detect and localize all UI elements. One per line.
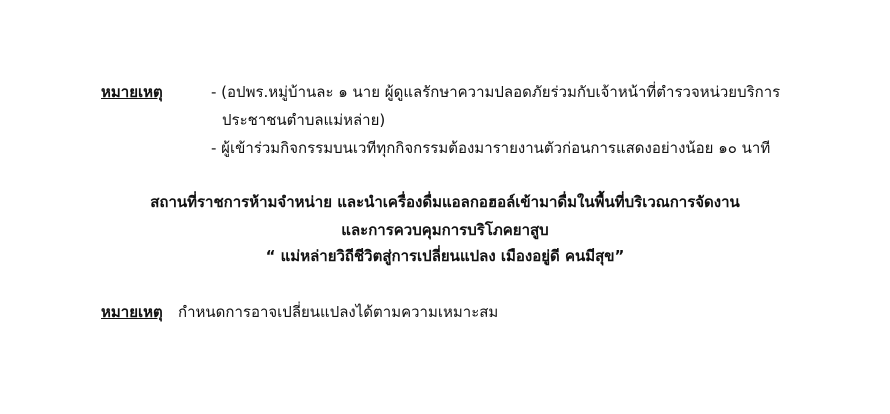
remark-item-1-line-2: ประชาชนตำบลแม่หล่าย) bbox=[222, 110, 385, 130]
heading-line-3: “ แม่หล่ายวิถีชีวิตสู่การเปลี่ยนแปลง เมื… bbox=[0, 246, 890, 266]
remark-text-2: กำหนดการอาจเปลี่ยนแปลงได้ตามความเหมาะสม bbox=[178, 302, 498, 322]
remark-label: หมายเหตุ bbox=[101, 82, 163, 102]
remark-label-2: หมายเหตุ bbox=[101, 302, 163, 322]
heading-line-2: และการควบคุมการบริโภคยาสูบ bbox=[0, 220, 890, 240]
remark-item-1-line-1: - (อปพร.หมู่บ้านละ ๑ นาย ผู้ดูแลรักษาควา… bbox=[211, 82, 780, 102]
heading-line-1: สถานที่ราชการห้ามจำหน่าย และนำเครื่องดื่… bbox=[0, 192, 890, 212]
remark-item-2: - ผู้เข้าร่วมกิจกรรมบนเวทีทุกกิจกรรมต้อง… bbox=[211, 138, 770, 158]
